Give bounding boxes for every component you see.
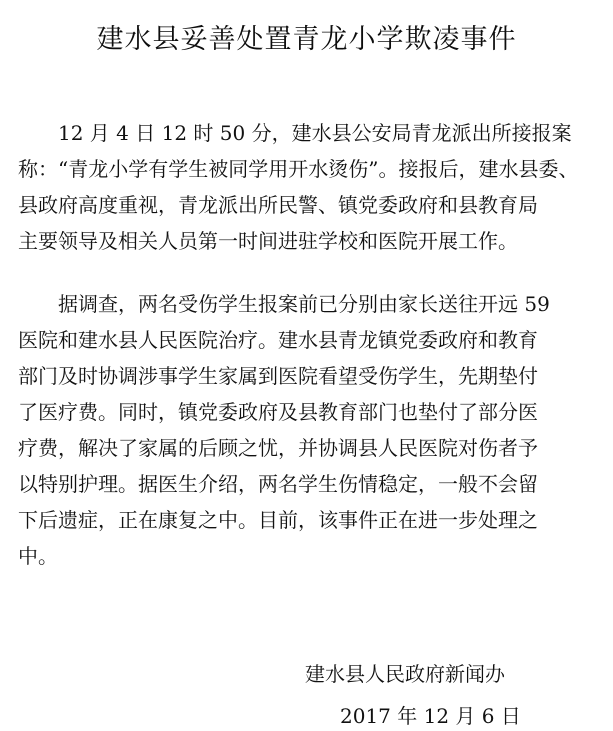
paragraph-line: 部门及时协调涉事学生家属到医院看望受伤学生，先期垫付 — [18, 358, 496, 394]
paragraph-line: 疗费，解决了家属的后顾之忧，并协调县人民医院对伤者予 — [18, 430, 496, 466]
paragraph-line: 下后遗症，正在康复之中。目前，该事件正在进一步处理之 — [18, 502, 496, 538]
paragraph-line: 了医疗费。同时，镇党委政府及县教育部门也垫付了部分医 — [18, 394, 496, 430]
paragraph-line: 中。 — [18, 538, 496, 574]
signature-date: 2017 年 12 月 6 日 — [340, 703, 521, 729]
paragraph-line: 县政府高度重视，青龙派出所民警、镇党委政府和县教育局 — [18, 187, 496, 223]
paragraph-line: 医院和建水县人民医院治疗。建水县青龙镇党委政府和教育 — [18, 322, 496, 358]
paragraph-line: 称：“青龙小学有学生被同学用开水烫伤”。接报后，建水县委、 — [18, 151, 496, 187]
document-title: 建水县妥善处置青龙小学欺凌事件 — [0, 22, 613, 58]
paragraph-line: 以特别护理。据医生介绍，两名学生伤情稳定，一般不会留 — [18, 466, 496, 502]
paragraph-line: 12 月 4 日 12 时 50 分，建水县公安局青龙派出所接报案 — [18, 115, 496, 151]
paragraph-1: 12 月 4 日 12 时 50 分，建水县公安局青龙派出所接报案 称：“青龙小… — [18, 115, 496, 259]
paragraph-line: 据调查，两名受伤学生报案前已分别由家长送往开远 59 — [18, 286, 496, 322]
signature-issuer: 建水县人民政府新闻办 — [305, 660, 505, 688]
paragraph-2: 据调查，两名受伤学生报案前已分别由家长送往开远 59 医院和建水县人民医院治疗。… — [18, 286, 496, 574]
paragraph-line: 主要领导及相关人员第一时间进驻学校和医院开展工作。 — [18, 223, 496, 259]
